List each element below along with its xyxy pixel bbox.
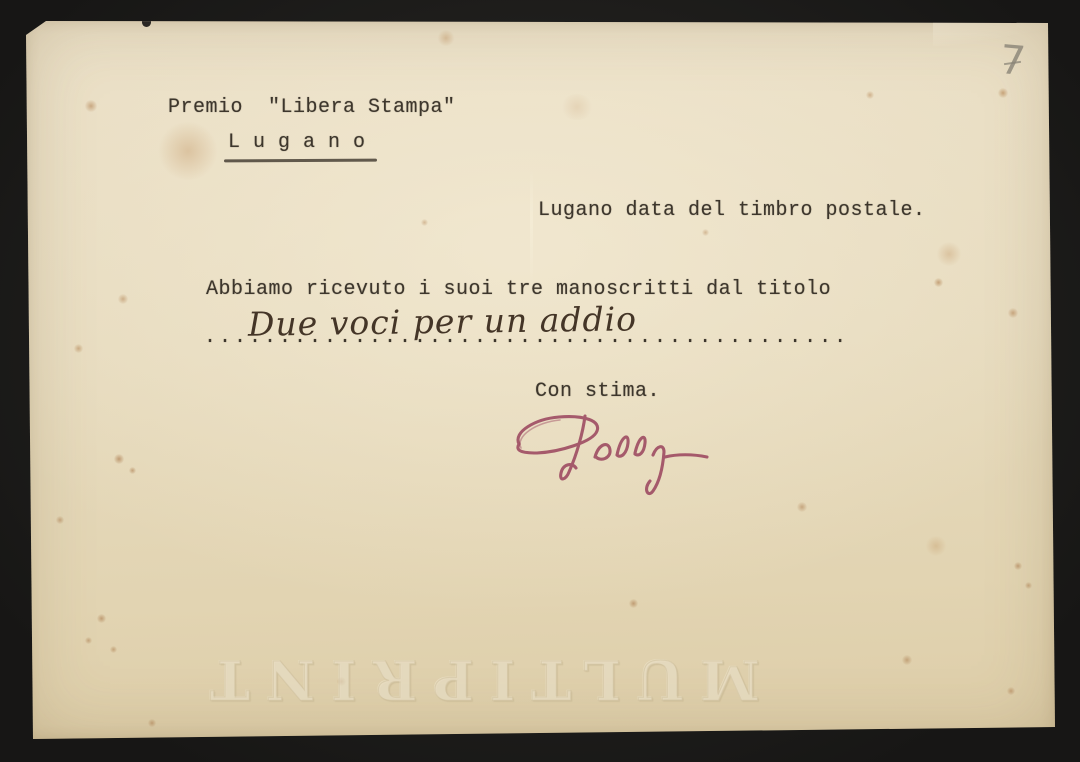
foxing-spot — [1008, 308, 1018, 318]
foxing-spot — [85, 637, 92, 644]
foxing-spot — [629, 599, 638, 608]
foxing-spot — [114, 454, 124, 464]
foxing-spot — [560, 94, 594, 120]
foxing-spot — [74, 344, 83, 353]
paper-sheet: Premio "Libera Stampa" L u g a n o Lugan… — [26, 20, 1055, 739]
foxing-spot — [129, 467, 136, 474]
foxing-spot — [437, 30, 455, 46]
foxing-spot — [902, 655, 912, 665]
foxing-spot — [702, 229, 709, 236]
letterhead-line1: Premio "Libera Stampa" — [168, 96, 456, 119]
foxing-spot — [936, 242, 962, 266]
foxing-spot — [925, 536, 947, 556]
foxing-spot — [1007, 687, 1015, 695]
signature — [505, 410, 715, 505]
foxing-spot — [85, 100, 97, 112]
body-line: Abbiamo ricevuto i suoi tre manoscritti … — [206, 278, 831, 301]
vertical-crease — [530, 170, 533, 290]
letterhead-underline — [224, 159, 377, 163]
foxing-spot — [97, 614, 106, 623]
foxing-spot — [1025, 582, 1032, 589]
foxing-spot — [118, 294, 128, 304]
multiprint-watermark: MULTIPRINT — [194, 648, 760, 712]
manuscript-title-handwritten: Due voci per un addio — [248, 299, 638, 343]
foxing-spot — [866, 91, 874, 99]
letterhead-line2: L u g a n o — [228, 131, 366, 154]
foxing-spot — [797, 502, 807, 512]
foxing-spot — [421, 219, 428, 226]
corner-crease — [933, 20, 1053, 46]
closing-line: Con stima. — [535, 380, 660, 403]
foxing-spot — [998, 88, 1008, 98]
scanned-letter-photo: { "colors": { "background": "#232220", "… — [0, 0, 1080, 762]
foxing-spot — [1014, 562, 1022, 570]
foxing-spot — [110, 646, 117, 653]
foxing-spot — [157, 122, 219, 180]
foxing-spot — [148, 719, 156, 727]
foxing-spot — [56, 516, 64, 524]
date-line: Lugano data del timbro postale. — [538, 199, 926, 222]
edge-tear-mark — [142, 21, 151, 27]
foxing-spot — [934, 278, 943, 287]
